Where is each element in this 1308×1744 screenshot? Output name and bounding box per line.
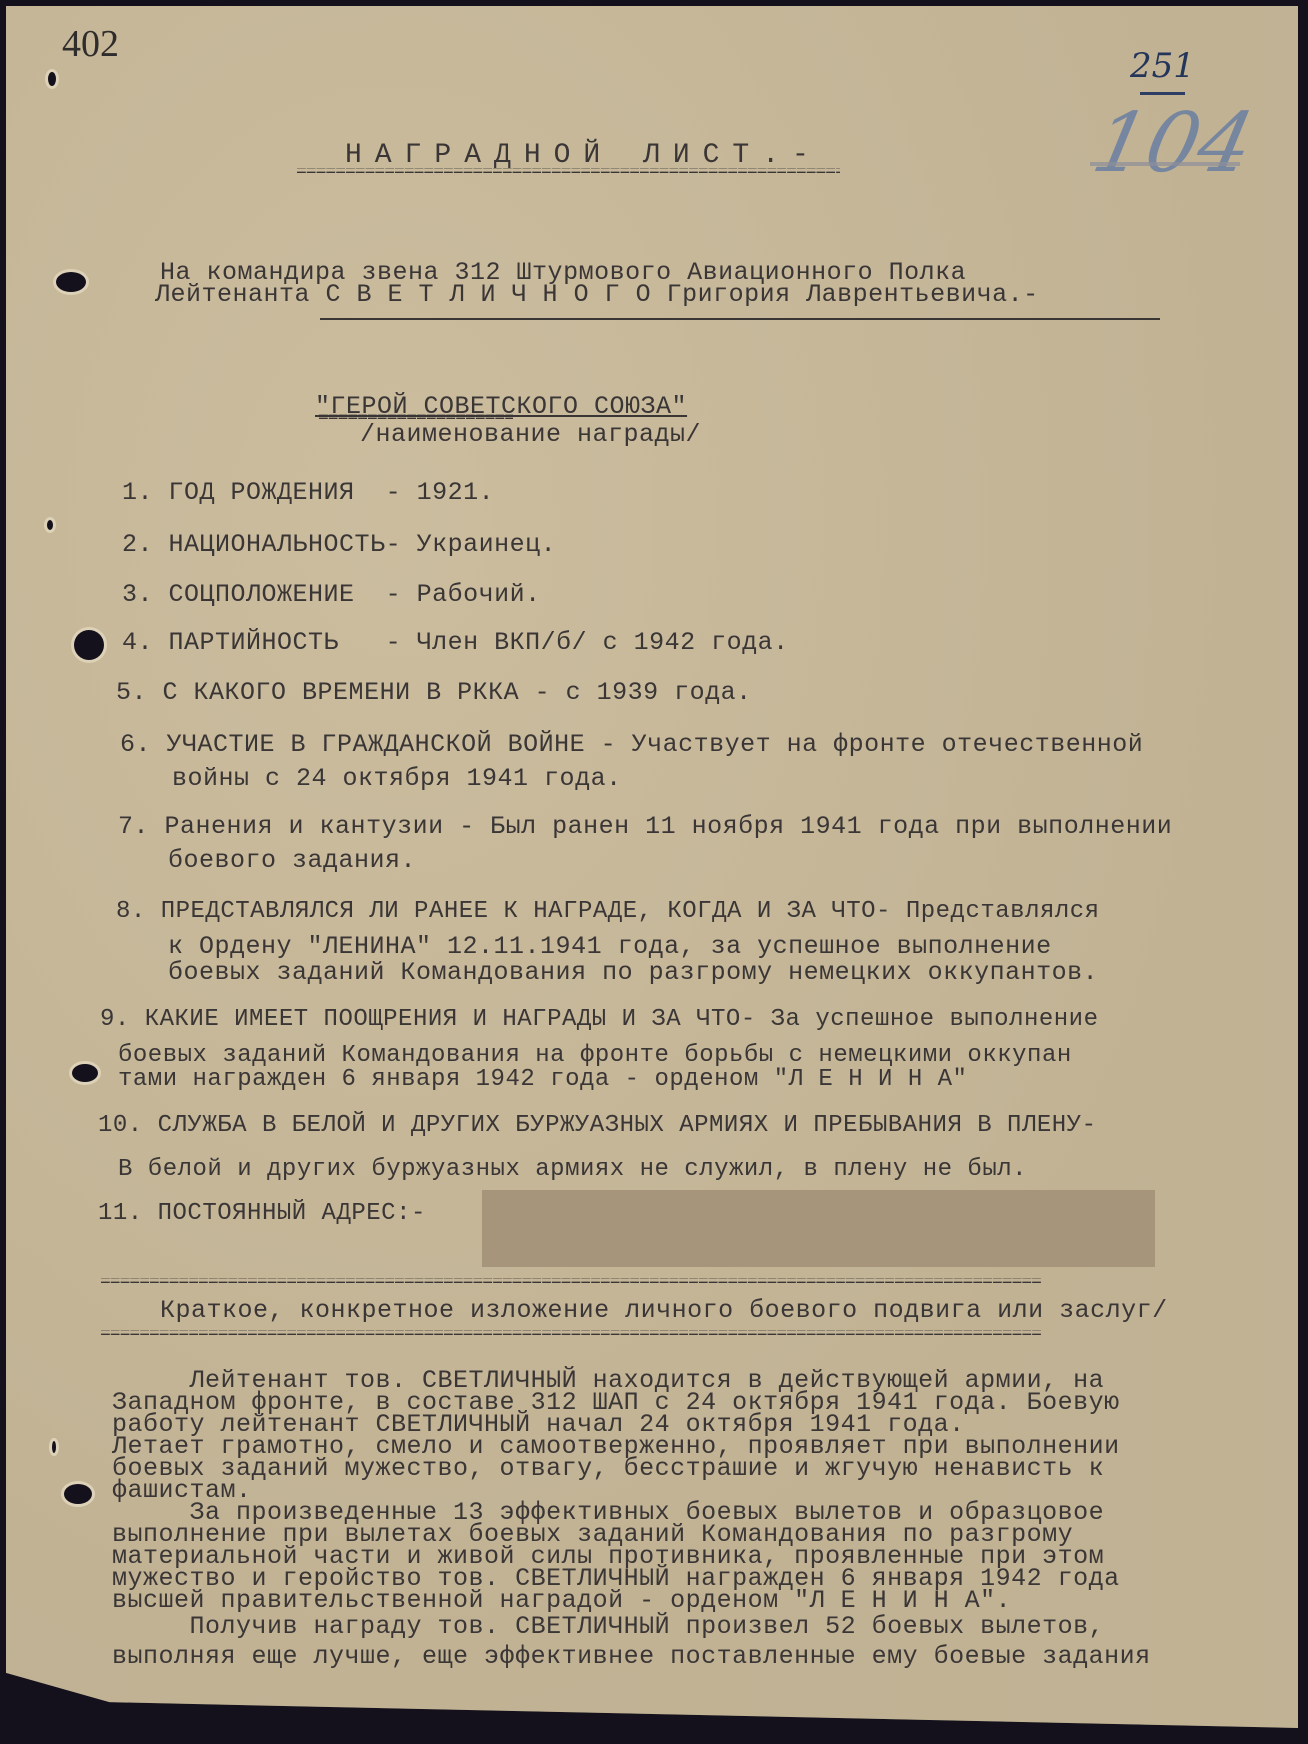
punch-hole [52,1441,56,1453]
section-heading: Краткое, конкретное изложение личного бо… [160,1296,1168,1325]
punch-hole [48,72,56,86]
strikethrough-line [1090,162,1240,166]
handwritten-underline [1140,92,1185,95]
item-6: 6. УЧАСТИЕ В ГРАЖДАНСКОЙ ВОЙНЕ - Участву… [120,730,1143,759]
item-7: 7. Ранения и кантузии - Был ранен 11 ноя… [118,812,1172,841]
punch-hole [64,1484,92,1504]
document-title: НАГРАДНОЙ ЛИСТ.- [345,140,822,171]
item-11: 11. ПОСТОЯННЫЙ АДРЕС:- [98,1200,426,1227]
sheet-number: 402 [62,22,119,66]
title-double-rule: ========================================… [296,168,840,176]
punch-hole [72,1064,98,1082]
item-10: 10. СЛУЖБА В БЕЛОЙ И ДРУГИХ БУРЖУАЗНЫХ А… [98,1112,1096,1139]
section-top-rule: ========================================… [100,1278,1230,1286]
item-8-continuation-2: боевых заданий Командования по разгрому … [168,958,1098,987]
nominee-line-2: Лейтенанта С В Е Т Л И Ч Н О Г О Григори… [155,280,1039,309]
handwritten-struck-number: 104 [1085,96,1262,191]
section-bottom-rule: ========================================… [100,1330,1256,1338]
item-10-continuation: В белой и других буржуазных армиях не сл… [118,1156,1027,1183]
item-5: 5. С КАКОГО ВРЕМЕНИ В РККА - с 1939 года… [116,678,752,707]
item-8-continuation: к Ордену "ЛЕНИНА" 12.11.1941 года, за ус… [168,932,1052,961]
item-9-continuation-2: тами награжден 6 января 1942 года - орде… [118,1066,967,1093]
item-1: 1. ГОД РОЖДЕНИЯ - 1921. [122,478,494,507]
award-caption: /наименование награды/ [360,420,701,449]
item-9: 9. КАКИЕ ИМЕЕТ ПООЩРЕНИЯ И НАГРАДЫ И ЗА … [100,1006,1098,1033]
item-8: 8. ПРЕДСТАВЛЯЛСЯ ЛИ РАНЕЕ К НАГРАДЕ, КОГ… [116,898,1100,925]
item-7-continuation: боевого задания. [168,846,416,875]
narrative-line: выполняя еще лучше, еще эффективнее пост… [112,1642,1292,1672]
item-9-continuation: боевых заданий Командования на фронте бо… [118,1042,1072,1069]
handwritten-page-number: 251 [1130,46,1195,86]
punch-hole [74,630,104,660]
narrative-block: Лейтенант тов. СВЕТЛИЧНЫЙ находится в де… [112,1370,1292,1672]
item-3: 3. СОЦПОЛОЖЕНИЕ - Рабочий. [122,580,541,609]
item-4: 4. ПАРТИЙНОСТЬ - Член ВКП/б/ с 1942 года… [122,628,789,657]
punch-hole [56,272,86,292]
punch-hole [47,520,53,530]
nominee-underline [320,318,1160,320]
item-2: 2. НАЦИОНАЛЬНОСТЬ- Украинец. [122,530,556,559]
narrative-line: боевых заданий мужество, отвагу, бесстра… [112,1458,1292,1480]
narrative-line: высшей правительственной наградой - орде… [112,1590,1292,1612]
narrative-line: Получив награду тов. СВЕТЛИЧНЫЙ произвел… [112,1612,1292,1642]
item-6-continuation: войны с 24 октября 1941 года. [172,764,622,793]
redacted-address-block [482,1190,1155,1267]
